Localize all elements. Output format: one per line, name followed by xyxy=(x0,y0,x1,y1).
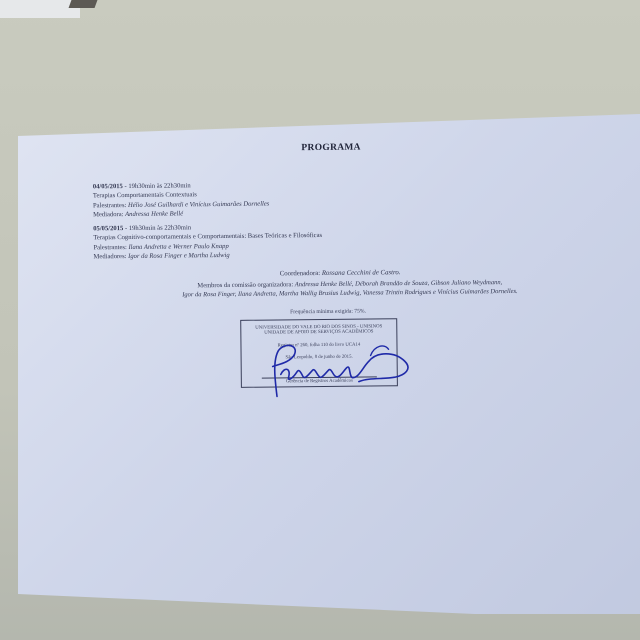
committee-members: Membros da comissão organizadora: Andres… xyxy=(165,278,535,301)
session-time: - 19h30min às 22h30min xyxy=(123,182,191,190)
mediators-label: Mediadora: xyxy=(93,211,125,218)
frequency-note: Frequência mínima exigida: 75%. xyxy=(290,309,366,316)
session-time: - 19h30min às 22h30min xyxy=(123,224,191,232)
speakers-label: Palestrantes: xyxy=(93,202,128,209)
stamp-unit: UNIDADE DE APOIO DE SERVIÇOS ACADÊMICOS xyxy=(241,329,396,336)
session-date: 05/05/2015 xyxy=(93,225,123,232)
mediators: Igor da Rosa Finger e Martha Ludwig xyxy=(128,252,230,260)
speakers: Ilana Andretta e Werner Paulo Knapp xyxy=(128,243,228,251)
document-content: PROGRAMA 04/05/2015 - 19h30min às 22h30m… xyxy=(0,0,640,640)
session-2: 05/05/2015 - 19h30min às 22h30min Terapi… xyxy=(93,222,322,262)
mediators-label: Mediadores: xyxy=(94,253,129,260)
document-title: PROGRAMA xyxy=(301,143,360,154)
speakers: Hélio José Guilhardi e Vinícius Guimarãe… xyxy=(128,200,269,208)
speakers-label: Palestrantes: xyxy=(93,244,128,251)
mediators: Andressa Henke Bellé xyxy=(125,211,183,219)
session-1: 04/05/2015 - 19h30min às 22h30min Terapi… xyxy=(93,181,270,220)
coordinator-name: Rossana Cecchini de Castro. xyxy=(322,269,401,277)
coordinator: Coordenadora: Rossana Cecchini de Castro… xyxy=(280,269,401,277)
committee-label: Membros da comissão organizadora: xyxy=(197,281,294,289)
handwritten-signature xyxy=(258,337,419,399)
coordinator-label: Coordenadora: xyxy=(280,270,322,277)
session-date: 04/05/2015 xyxy=(93,183,123,190)
committee-line-2: Igor da Rosa Finger, Ilana Andretta, Mar… xyxy=(182,288,518,299)
